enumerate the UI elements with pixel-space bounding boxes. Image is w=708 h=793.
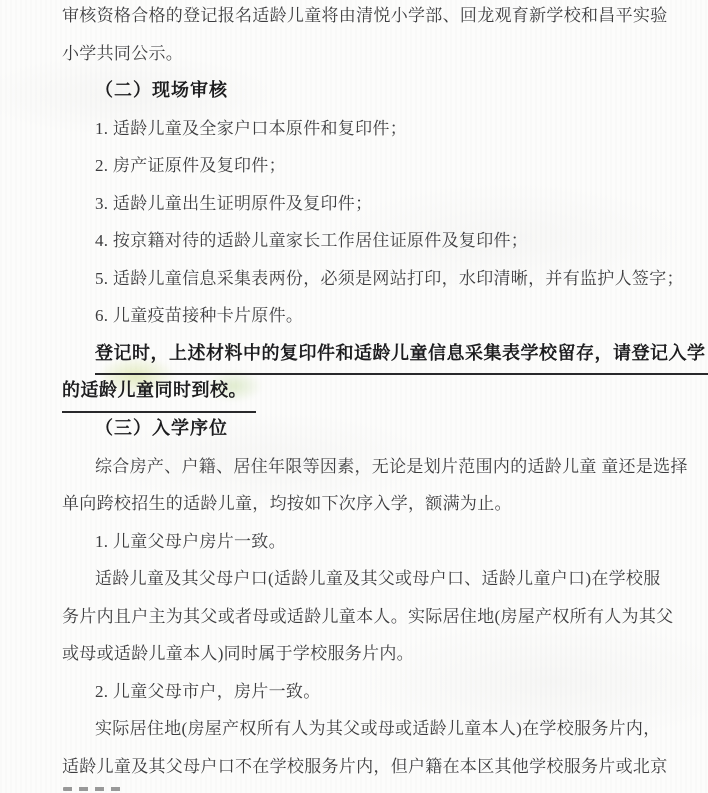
- line-text: 综合房产、户籍、居住年限等因素，无论是划片范围内的适龄儿童 童还是选择: [95, 457, 688, 476]
- list-item: 2. 儿童父母市户，房片一致。: [62, 673, 662, 711]
- cutoff-line-fragment: [63, 787, 127, 791]
- list-item: 6. 儿童疫苗接种卡片原件。: [62, 297, 662, 335]
- paragraph-line: 适龄儿童及其父母户口(适龄儿童及其父或母户口、适龄儿童户口)在学校服: [62, 560, 662, 598]
- section-heading: （三）入学序位: [62, 410, 662, 448]
- line-text: 实际居住地(房屋产权所有人为其父或母或适龄儿童本人)在学校服务片内，: [95, 719, 661, 738]
- line-text: 2. 房产证原件及复印件；: [95, 156, 286, 175]
- line-text: 适龄儿童及其父母户口(适龄儿童及其父或母户口、适龄儿童户口)在学校服: [95, 569, 661, 588]
- list-item: 4. 按京籍对待的适龄儿童家长工作居住证原件及复印件；: [62, 222, 662, 260]
- paragraph-line: 单向跨校招生的适龄儿童，均按如下次序入学，额满为止。: [62, 485, 662, 523]
- line-text: 1. 适龄儿童及全家户口本原件和复印件；: [95, 119, 407, 138]
- list-item: 3. 适龄儿童出生证明原件及复印件；: [62, 185, 662, 223]
- paragraph-line: 适龄儿童及其父母户口不在学校服务片内，但户籍在本区其他学校服务片或北京: [62, 748, 662, 786]
- emphasis-line: 的适龄儿童同时到校。: [62, 372, 662, 410]
- list-item: 1. 儿童父母户房片一致。: [62, 523, 662, 561]
- line-text: 6. 儿童疫苗接种卡片原件。: [95, 306, 303, 325]
- line-text: 5. 适龄儿童信息采集表两份，必须是网站打印，水印清晰，并有监护人签字；: [95, 269, 684, 288]
- section-heading: （二）现场审核: [62, 72, 662, 110]
- scanned-document-page: 审核资格合格的登记报名适龄儿童将由清悦小学部、回龙观育新学校和昌平实验小学共同公…: [0, 0, 708, 793]
- line-text: 1. 儿童父母户房片一致。: [95, 532, 286, 551]
- line-text: （二）现场审核: [95, 80, 228, 100]
- line-text: 4. 按京籍对待的适龄儿童家长工作居住证原件及复印件；: [95, 231, 528, 250]
- line-text: 的适龄儿童同时到校。: [62, 372, 256, 413]
- paragraph-line: 务片内且户主为其父或者母或适龄儿童本人。实际居住地(房屋产权所有人为其父: [62, 598, 662, 636]
- line-text: 3. 适龄儿童出生证明原件及复印件；: [95, 194, 372, 213]
- line-text: 或母或适龄儿童本人)同时属于学校服务片内。: [62, 644, 414, 663]
- list-item: 1. 适龄儿童及全家户口本原件和复印件；: [62, 110, 662, 148]
- paragraph-line: 或母或适龄儿童本人)同时属于学校服务片内。: [62, 635, 662, 673]
- line-text: 适龄儿童及其父母户口不在学校服务片内，但户籍在本区其他学校服务片或北京: [62, 757, 668, 776]
- line-text: （三）入学序位: [95, 418, 228, 438]
- paragraph-line: 综合房产、户籍、居住年限等因素，无论是划片范围内的适龄儿童 童还是选择: [62, 448, 662, 486]
- emphasis-line: 登记时，上述材料中的复印件和适龄儿童信息采集表学校留存，请登记入学: [62, 335, 662, 373]
- line-text: 2. 儿童父母市户，房片一致。: [95, 682, 321, 701]
- line-text: 务片内且户主为其父或者母或适龄儿童本人。实际居住地(房屋产权所有人为其父: [62, 607, 673, 626]
- line-text: 审核资格合格的登记报名适龄儿童将由清悦小学部、回龙观育新学校和昌平实验: [62, 6, 668, 25]
- line-text: 登记时，上述材料中的复印件和适龄儿童信息采集表学校留存，请登记入学: [95, 335, 708, 376]
- line-text: 小学共同公示。: [62, 44, 183, 63]
- line-text: 单向跨校招生的适龄儿童，均按如下次序入学，额满为止。: [62, 494, 512, 513]
- document-body: 审核资格合格的登记报名适龄儿童将由清悦小学部、回龙观育新学校和昌平实验小学共同公…: [62, 0, 662, 785]
- list-item: 5. 适龄儿童信息采集表两份，必须是网站打印，水印清晰，并有监护人签字；: [62, 260, 662, 298]
- list-item: 2. 房产证原件及复印件；: [62, 147, 662, 185]
- paragraph-line: 实际居住地(房屋产权所有人为其父或母或适龄儿童本人)在学校服务片内，: [62, 710, 662, 748]
- paragraph-line: 小学共同公示。: [62, 35, 662, 73]
- paragraph-line: 审核资格合格的登记报名适龄儿童将由清悦小学部、回龙观育新学校和昌平实验: [62, 0, 662, 35]
